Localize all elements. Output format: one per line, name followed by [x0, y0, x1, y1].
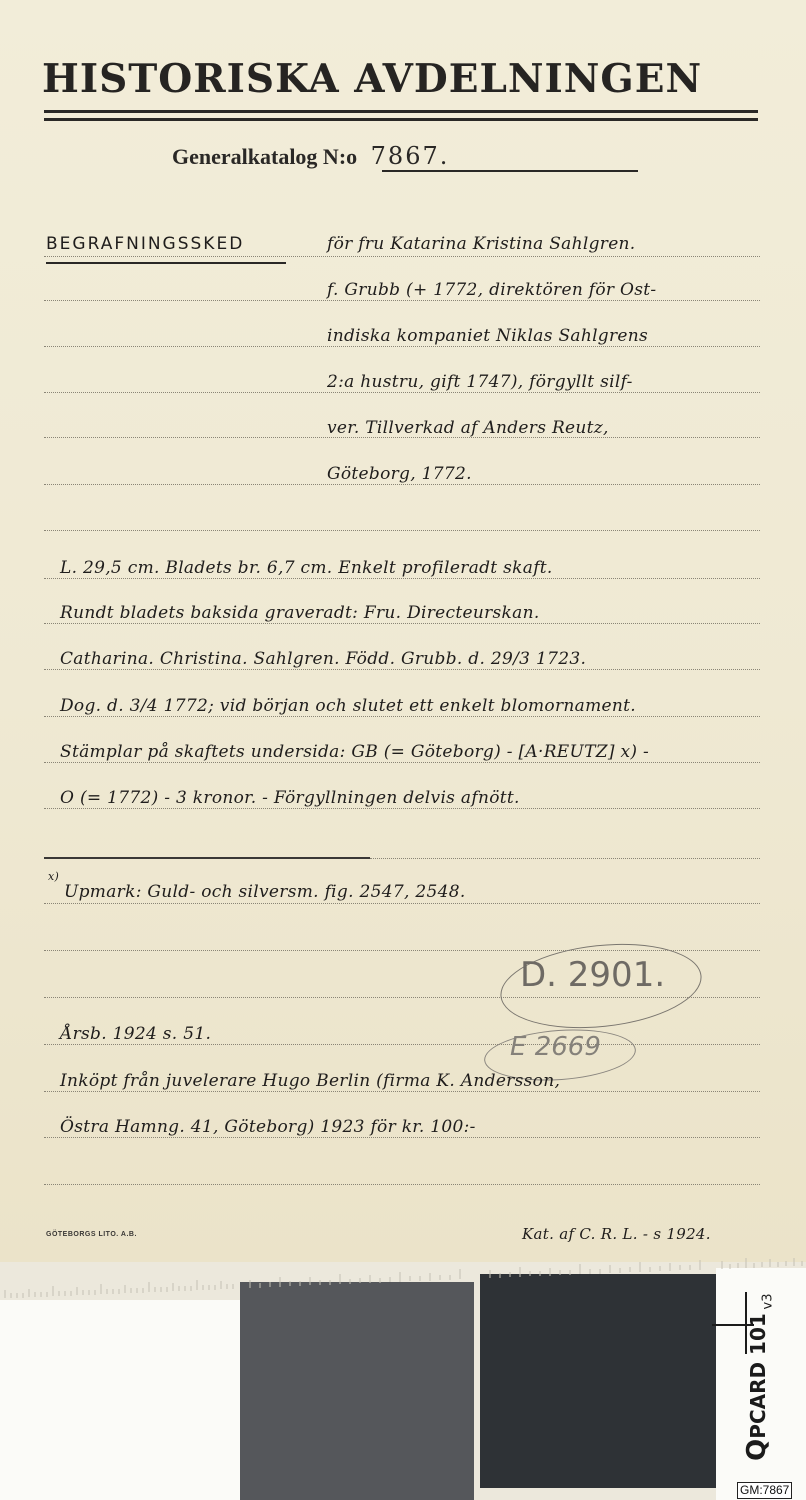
details-line: Rundt bladets baksida graveradt: Fru. Di… [60, 603, 540, 623]
ruled-line [44, 392, 760, 393]
pencil-old-number: E 2669 [510, 1032, 601, 1062]
ruler-scale-icon [0, 1258, 806, 1298]
white-patch [0, 1300, 240, 1500]
qpcard-brand: QPCARD 101 [742, 1292, 772, 1482]
object-name-underline [46, 262, 286, 264]
catalog-card: HISTORISKA AVDELNINGEN Generalkatalog N:… [0, 0, 806, 1262]
department-title: HISTORISKA AVDELNINGEN [42, 56, 762, 102]
qpcard-version: v3 [760, 1294, 775, 1310]
details-line: Dog. d. 3/4 1772; vid början och slutet … [60, 696, 636, 716]
object-name: BEGRAFNINGSSKED [46, 234, 244, 254]
brand-rest: PCARD 101 [746, 1313, 770, 1439]
acquisition-line: Inköpt från juvelerare Hugo Berlin (firm… [60, 1071, 560, 1091]
catalog-label: Generalkatalog N:o [172, 144, 357, 169]
ruled-line [44, 669, 760, 670]
pencil-inventory-number: D. 2901. [520, 955, 665, 995]
gray-patch [240, 1282, 474, 1500]
ruled-line [44, 762, 760, 763]
ruled-line [44, 716, 760, 717]
acquisition-line: Östra Hamng. 41, Göteborg) 1923 för kr. … [60, 1117, 476, 1137]
description-line: Göteborg, 1772. [327, 464, 472, 484]
catalog-number: 7867. [371, 142, 450, 170]
cataloger-signature: Kat. af C. R. L. - s 1924. [522, 1225, 711, 1243]
ruled-line [44, 808, 760, 809]
catalog-underline [382, 170, 638, 172]
ruled-line [44, 578, 760, 579]
details-line: Stämplar på skaftets undersida: GB (= Gö… [60, 742, 649, 762]
description-line: indiska kompaniet Niklas Sahlgrens [327, 326, 648, 346]
details-line: O (= 1772) - 3 kronor. - Förgyllningen d… [60, 788, 520, 808]
ruled-line [44, 1091, 760, 1092]
section-separator [44, 857, 370, 859]
details-line: L. 29,5 cm. Bladets br. 6,7 cm. Enkelt p… [60, 558, 553, 578]
footnote-text: Upmark: Guld- och silversm. fig. 2547, 2… [64, 882, 466, 902]
ruled-line [44, 484, 760, 485]
description-line: 2:a hustru, gift 1747), förgyllt silf- [327, 372, 633, 392]
ruled-line [44, 1184, 760, 1185]
ruled-line [370, 858, 760, 859]
inventory-label: GM:7867 [737, 1482, 792, 1499]
ruled-line [44, 300, 760, 301]
brand-q: Q [742, 1439, 772, 1461]
printer-imprint: GÖTEBORGS LITO. A.B. [46, 1231, 137, 1238]
footnote-marker: x) [48, 870, 59, 883]
details-line: Catharina. Christina. Sahlgren. Född. Gr… [60, 649, 586, 669]
description-line: ver. Tillverkad af Anders Reutz, [327, 418, 609, 438]
ruled-line [44, 903, 760, 904]
ruled-line [44, 1044, 760, 1045]
black-patch [480, 1274, 716, 1488]
title-rule-bottom [44, 118, 758, 121]
title-rule-top [44, 110, 758, 113]
catalog-number-row: Generalkatalog N:o 7867. [172, 142, 449, 170]
ruled-line [44, 346, 760, 347]
description-line: f. Grubb (+ 1772, direktören för Ost- [327, 280, 656, 300]
ruled-line [44, 530, 760, 531]
ruled-line [44, 256, 760, 257]
ruled-line [44, 1137, 760, 1138]
description-line: för fru Katarina Kristina Sahlgren. [327, 234, 636, 254]
ruled-line [44, 623, 760, 624]
acquisition-line: Årsb. 1924 s. 51. [60, 1024, 211, 1044]
